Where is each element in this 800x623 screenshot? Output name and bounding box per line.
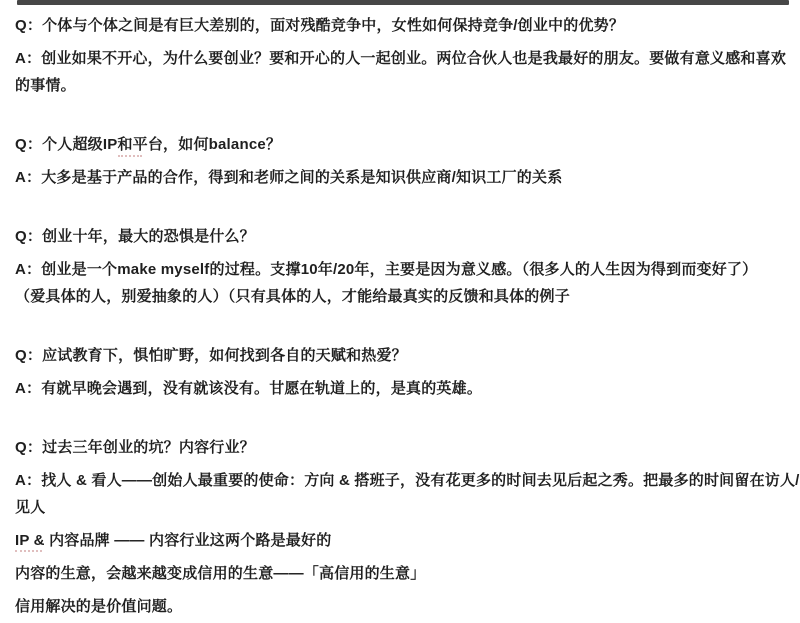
text-line: Q：创业十年，最大的恐惧是什么？ bbox=[15, 223, 795, 250]
text-line: A：找人 & 看人——创始人最重要的使命：方向 & 搭班子，没有花更多的时间去见… bbox=[15, 467, 795, 494]
text-line: 的事情。 bbox=[15, 72, 795, 99]
qa-content: Q：个体与个体之间是有巨大差别的，面对残酷竞争中，女性如何保持竞争/创业中的优势… bbox=[15, 12, 795, 620]
text-line: Q：个人超级IP和平台，如何balance？ bbox=[15, 131, 795, 158]
text-line: 内容的生意，会越来越变成信用的生意——「高信用的生意」 bbox=[15, 560, 795, 587]
text-line: 见人 bbox=[15, 494, 795, 521]
qa-block: Q：个人超级IP和平台，如何balance？A：大多是基于产品的合作，得到和老师… bbox=[15, 131, 795, 191]
text-line: Q：过去三年创业的坑？内容行业？ bbox=[15, 434, 795, 461]
clipped-text-strip bbox=[17, 0, 789, 5]
text-line: A：大多是基于产品的合作，得到和老师之间的关系是知识供应商/知识工厂的关系 bbox=[15, 164, 795, 191]
answer-paragraph: IP & 内容品牌 —— 内容行业这两个路是最好的 bbox=[15, 527, 795, 554]
text-line: 信用解决的是价值问题。 bbox=[15, 593, 795, 620]
answer-paragraph: A：有就早晚会遇到，没有就该没有。甘愿在轨道上的，是真的英雄。 bbox=[15, 375, 795, 402]
qa-block: Q：个体与个体之间是有巨大差别的，面对残酷竞争中，女性如何保持竞争/创业中的优势… bbox=[15, 12, 795, 99]
question-paragraph: Q：个人超级IP和平台，如何balance？ bbox=[15, 131, 795, 158]
answer-paragraph: A：创业是一个make myself的过程。支撑10年/20年，主要是因为意义感… bbox=[15, 256, 795, 310]
question-paragraph: Q：个体与个体之间是有巨大差别的，面对残酷竞争中，女性如何保持竞争/创业中的优势… bbox=[15, 12, 795, 39]
qa-block: Q：应试教育下，惧怕旷野，如何找到各自的天赋和热爱？A：有就早晚会遇到，没有就该… bbox=[15, 342, 795, 402]
text-line: Q：个体与个体之间是有巨大差别的，面对残酷竞争中，女性如何保持竞争/创业中的优势… bbox=[15, 12, 795, 39]
question-paragraph: Q：过去三年创业的坑？内容行业？ bbox=[15, 434, 795, 461]
answer-paragraph: A：创业如果不开心，为什么要创业？要和开心的人一起创业。两位合伙人也是我最好的朋… bbox=[15, 45, 795, 99]
answer-paragraph: A：大多是基于产品的合作，得到和老师之间的关系是知识供应商/知识工厂的关系 bbox=[15, 164, 795, 191]
question-paragraph: Q：应试教育下，惧怕旷野，如何找到各自的天赋和热爱？ bbox=[15, 342, 795, 369]
spellcheck-underline bbox=[118, 155, 142, 157]
text-line: Q：应试教育下，惧怕旷野，如何找到各自的天赋和热爱？ bbox=[15, 342, 795, 369]
answer-paragraph: 信用解决的是价值问题。 bbox=[15, 593, 795, 620]
answer-paragraph: A：找人 & 看人——创始人最重要的使命：方向 & 搭班子，没有花更多的时间去见… bbox=[15, 467, 795, 521]
document-page: Q：个体与个体之间是有巨大差别的，面对残酷竞争中，女性如何保持竞争/创业中的优势… bbox=[0, 0, 800, 623]
answer-paragraph: 内容的生意，会越来越变成信用的生意——「高信用的生意」 bbox=[15, 560, 795, 587]
text-line: A：创业如果不开心，为什么要创业？要和开心的人一起创业。两位合伙人也是我最好的朋… bbox=[15, 45, 795, 72]
text-line: IP & 内容品牌 —— 内容行业这两个路是最好的 bbox=[15, 527, 795, 554]
text-line: A：有就早晚会遇到，没有就该没有。甘愿在轨道上的，是真的英雄。 bbox=[15, 375, 795, 402]
text-line: A：创业是一个make myself的过程。支撑10年/20年，主要是因为意义感… bbox=[15, 256, 795, 283]
qa-block: Q：创业十年，最大的恐惧是什么？A：创业是一个make myself的过程。支撑… bbox=[15, 223, 795, 310]
question-paragraph: Q：创业十年，最大的恐惧是什么？ bbox=[15, 223, 795, 250]
spellcheck-underline bbox=[15, 550, 42, 552]
text-line: （爱具体的人，别爱抽象的人）（只有具体的人，才能给最真实的反馈和具体的例子 bbox=[15, 283, 795, 310]
qa-block: Q：过去三年创业的坑？内容行业？A：找人 & 看人——创始人最重要的使命：方向 … bbox=[15, 434, 795, 620]
